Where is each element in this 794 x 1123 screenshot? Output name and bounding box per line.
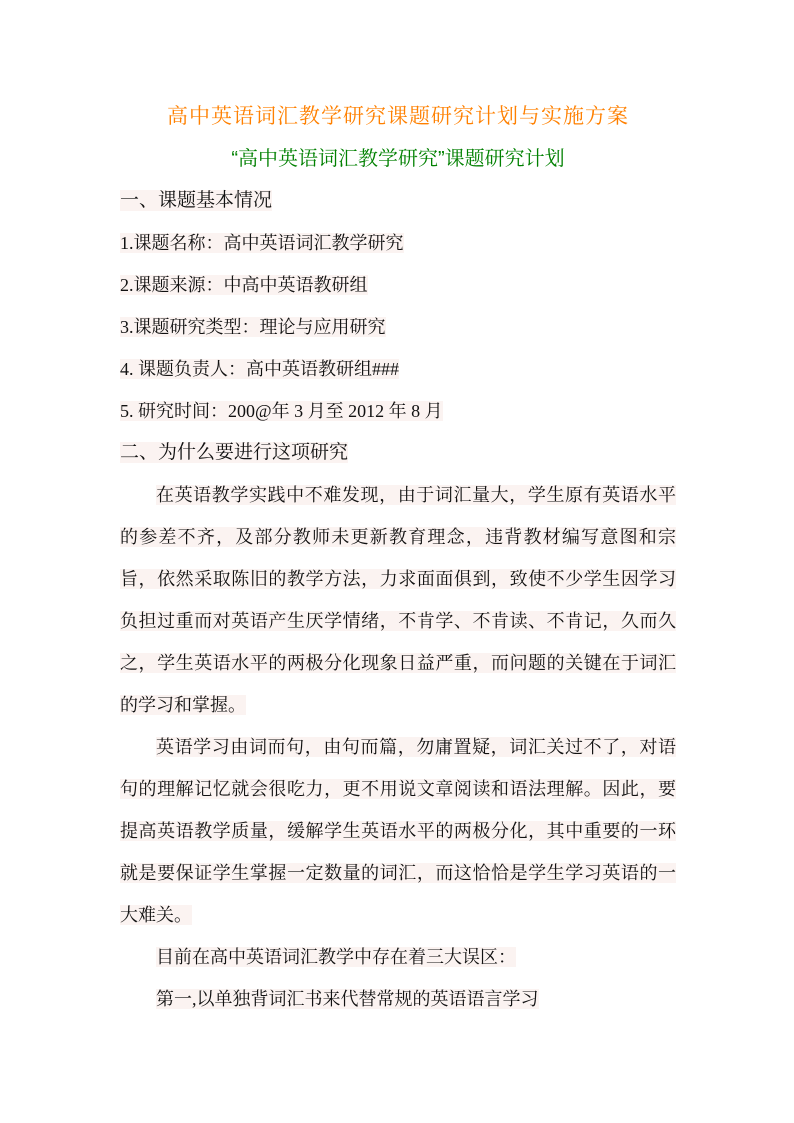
list-item-text: 5. 研究时间：200@年 3 月至 2012 年 8 月 (120, 401, 443, 421)
list-item-text: 4. 课题负责人：高中英语教研组### (120, 359, 399, 379)
paragraph-misconception-first: 第一,以单独背词汇书来代替常规的英语语言学习 (120, 978, 676, 1020)
list-item-text: 3.课题研究类型：理论与应用研究 (120, 317, 386, 337)
list-item-topic-source: 2.课题来源：中高中英语教研组 (120, 264, 676, 306)
list-item-leader: 4. 课题负责人：高中英语教研组### (120, 348, 676, 390)
section-heading-text: 二、为什么要进行这项研究 (120, 442, 348, 463)
document-content: 高中英语词汇教学研究课题研究计划与实施方案 “高中英语词汇教学研究”课题研究计划… (0, 0, 794, 1020)
section-heading-basic-info: 一、课题基本情况 (120, 180, 676, 222)
section-heading-text: 一、课题基本情况 (120, 190, 272, 211)
document-subtitle: “高中英语词汇教学研究”课题研究计划 (120, 138, 676, 180)
document-page: 高中英语词汇教学研究课题研究计划与实施方案 “高中英语词汇教学研究”课题研究计划… (0, 0, 794, 1123)
list-item-research-time: 5. 研究时间：200@年 3 月至 2012 年 8 月 (120, 390, 676, 432)
paragraph-background-1: 在英语教学实践中不难发现，由于词汇量大，学生原有英语水平的参差不齐，及部分教师未… (120, 474, 676, 726)
list-item-text: 2.课题来源：中高中英语教研组 (120, 275, 368, 295)
paragraph-background-2: 英语学习由词而句，由句而篇，勿庸置疑，词汇关过不了，对语句的理解记忆就会很吃力，… (120, 726, 676, 936)
document-title: 高中英语词汇教学研究课题研究计划与实施方案 (120, 96, 676, 138)
paragraph-text: 在英语教学实践中不难发现，由于词汇量大，学生原有英语水平的参差不齐，及部分教师未… (120, 485, 676, 715)
list-item-topic-name: 1.课题名称：高中英语词汇教学研究 (120, 222, 676, 264)
section-heading-why-research: 二、为什么要进行这项研究 (120, 432, 676, 474)
paragraph-text: 第一,以单独背词汇书来代替常规的英语语言学习 (156, 989, 539, 1009)
list-item-text: 1.课题名称：高中英语词汇教学研究 (120, 233, 404, 253)
paragraph-text: 英语学习由词而句，由句而篇，勿庸置疑，词汇关过不了，对语句的理解记忆就会很吃力，… (120, 737, 676, 925)
list-item-research-type: 3.课题研究类型：理论与应用研究 (120, 306, 676, 348)
paragraph-three-misconceptions: 目前在高中英语词汇教学中存在着三大误区： (120, 936, 676, 978)
paragraph-text: 目前在高中英语词汇教学中存在着三大误区： (156, 947, 516, 967)
